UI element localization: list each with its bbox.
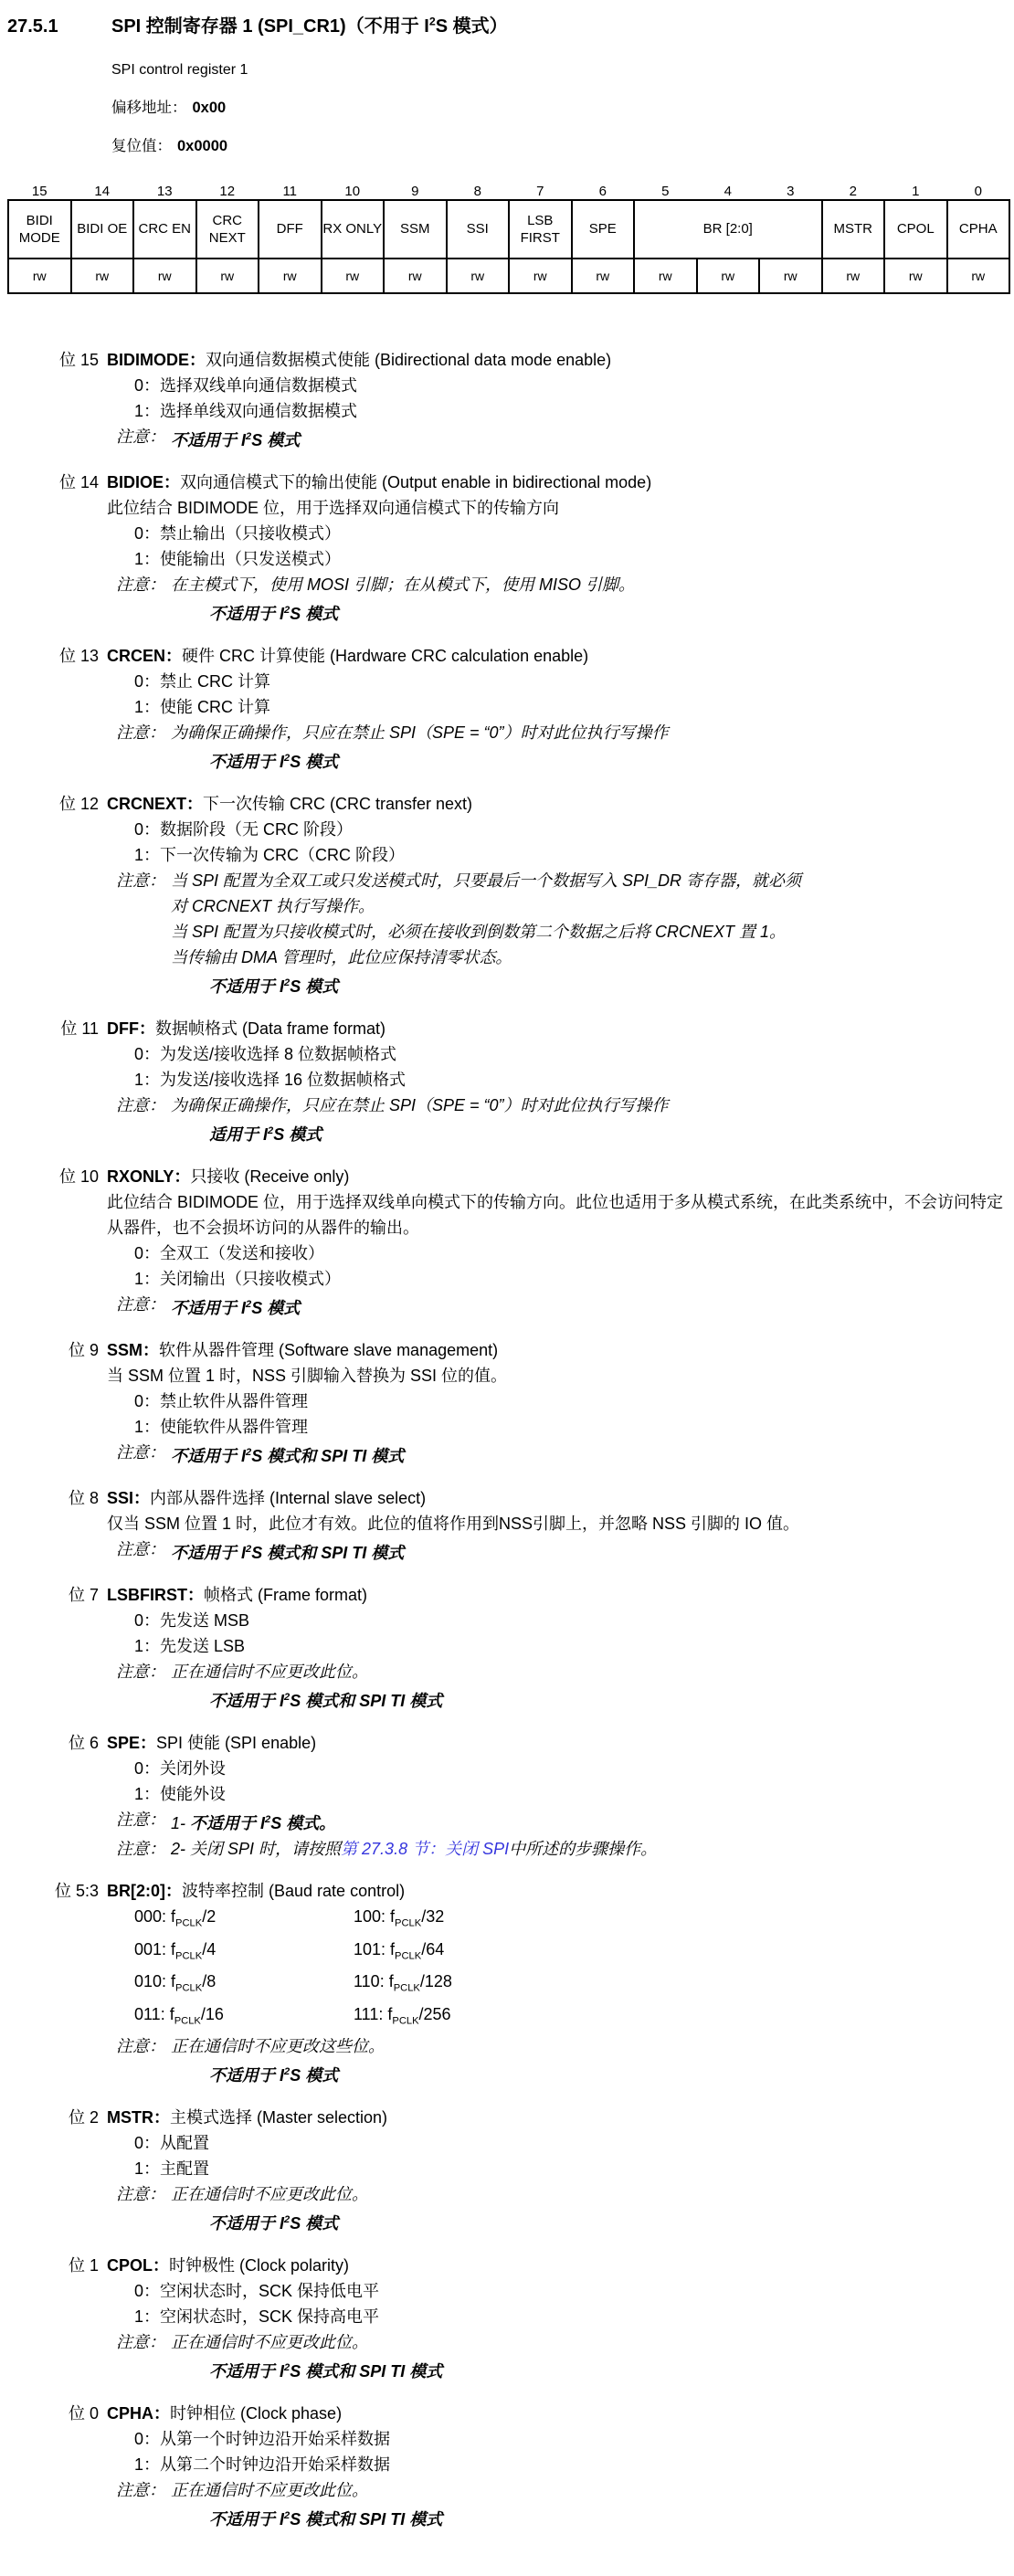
bit-field-desc: 主模式选择 (Master selection) bbox=[170, 2108, 387, 2127]
note-text: 正在通信时不应更改此位。 bbox=[171, 2329, 1010, 2355]
register-field-cell: SSI bbox=[447, 200, 510, 259]
bit-detail-line: 此位结合 BIDIMODE 位，用于选择双线单向模式下的传输方向。此位也适用于多… bbox=[107, 1189, 1010, 1240]
reset-value-line: 复位值：0x0000 bbox=[111, 133, 1010, 155]
bit-field-name: SPE： bbox=[107, 1734, 156, 1752]
access-type-cell: rw bbox=[259, 259, 322, 293]
bit-field-desc: 硬件 CRC 计算使能 (Hardware CRC calculation en… bbox=[182, 647, 588, 665]
bit-title-line: CPHA：时钟相位 (Clock phase) bbox=[107, 2401, 1010, 2426]
note-text-segment: 当 SPI 配置为全双工或只发送模式时，只要最后一个数据写入 SPI_DR 寄存… bbox=[171, 871, 801, 890]
offset-address-line: 偏移地址：0x00 bbox=[111, 95, 1010, 117]
bit-title-line: BIDIMODE：双向通信数据模式使能 (Bidirectional data … bbox=[107, 347, 1010, 373]
note-line: 注意：正在通信时不应更改此位。 bbox=[107, 2181, 1010, 2207]
note-text-segment: 为确保正确操作，只应在禁止 SPI（SPE = “0”）时对此位执行写操作 bbox=[171, 723, 669, 742]
note-text-segment: 当传输由 DMA 管理时，此位应保持清零状态。 bbox=[171, 948, 512, 966]
bit-number-cell: 9 bbox=[384, 175, 447, 200]
bit-field-desc: 软件从器件管理 (Software slave management) bbox=[159, 1341, 498, 1359]
note-line: 注意：不适用于 I2S 模式 bbox=[107, 1292, 1010, 1321]
note-text-segment: 正在通信时不应更改此位。 bbox=[171, 2333, 368, 2351]
bit-description-body: MSTR：主模式选择 (Master selection)0：从配置1：主配置注… bbox=[107, 2105, 1010, 2236]
note-text-segment: 中所述的步骤操作。 bbox=[509, 1840, 657, 1858]
bit-description-block: 位 10RXONLY：只接收 (Receive only)此位结合 BIDIMO… bbox=[7, 1164, 1010, 1321]
note-line: 注意：1- 不适用于 I2S 模式。 bbox=[107, 1807, 1010, 1836]
bit-position-label: 位 15 bbox=[7, 347, 107, 453]
option-line: 1：主配置 bbox=[107, 2156, 1010, 2181]
access-type-cell: rw bbox=[322, 259, 385, 293]
bit-detail-line: 当 SSM 位置 1 时，NSS 引脚输入替换为 SSI 位的值。 bbox=[107, 1363, 1010, 1388]
note-label: 注意： bbox=[116, 1536, 171, 1566]
bit-detail-line: 仅当 SSM 位置 1 时，此位才有效。此位的值将作用到NSS引脚上，并忽略 N… bbox=[107, 1511, 1010, 1536]
bit-field-name: CPOL： bbox=[107, 2256, 169, 2275]
br-option: 000: fPCLK/2 bbox=[134, 1904, 354, 1937]
offset-address-value: 0x00 bbox=[193, 100, 227, 116]
bit-descriptions: 位 15BIDIMODE：双向通信数据模式使能 (Bidirectional d… bbox=[7, 347, 1010, 2532]
option-line: 1：从第二个时钟边沿开始采样数据 bbox=[107, 2452, 1010, 2477]
note-label: 注意： bbox=[116, 720, 171, 745]
register-field-cell: CRC NEXT bbox=[196, 200, 259, 259]
note-text: 不适用于 I2S 模式 bbox=[171, 424, 1010, 453]
bit-description-block: 位 14BIDIOE：双向通信模式下的输出使能 (Output enable i… bbox=[7, 470, 1010, 627]
note-text-segment: 2- 关闭 SPI 时，请按照 bbox=[171, 1840, 341, 1858]
bit-number-cell: 4 bbox=[697, 175, 760, 200]
register-field-cell: BIDI MODE bbox=[8, 200, 71, 259]
br-option: 100: fPCLK/32 bbox=[354, 1904, 452, 1937]
note-line: 注意：正在通信时不应更改此位。 bbox=[107, 2329, 1010, 2355]
option-line: 0：关闭外设 bbox=[107, 1756, 1010, 1781]
bit-description-body: BR[2:0]：波特率控制 (Baud rate control)000: fP… bbox=[107, 1878, 1010, 2088]
access-type-cell: rw bbox=[759, 259, 822, 293]
bit-number-cell: 10 bbox=[322, 175, 385, 200]
register-field-cell: DFF bbox=[259, 200, 322, 259]
note-text-segment: 当 SPI 配置为只接收模式时，必须在接收到倒数第二个数据之后将 CRCNEXT… bbox=[171, 923, 786, 941]
bit-field-name: BR[2:0]： bbox=[107, 1882, 182, 1900]
option-line: 0：数据阶段（无 CRC 阶段） bbox=[107, 817, 1010, 842]
note-emphasis-line: 不适用于 I2S 模式 bbox=[107, 745, 1010, 775]
bit-description-block: 位 1CPOL：时钟极性 (Clock polarity)0：空闲状态时，SCK… bbox=[7, 2253, 1010, 2384]
register-field-cell: MSTR bbox=[822, 200, 885, 259]
br-option: 011: fPCLK/16 bbox=[134, 2001, 354, 2034]
bit-field-desc: 内部从器件选择 (Internal slave select) bbox=[150, 1489, 426, 1507]
note-text: 正在通信时不应更改这些位。 bbox=[171, 2033, 1010, 2059]
option-line: 0：从配置 bbox=[107, 2130, 1010, 2156]
option-line: 1：先发送 LSB bbox=[107, 1633, 1010, 1659]
access-type-cell: rw bbox=[196, 259, 259, 293]
bit-number-cell: 5 bbox=[634, 175, 697, 200]
bit-number-cell: 8 bbox=[447, 175, 510, 200]
note-label: 注意： bbox=[116, 572, 171, 597]
field-name-row: BIDI MODEBIDI OECRC ENCRC NEXTDFFRX ONLY… bbox=[8, 200, 1009, 259]
note-text-segment: 在主模式下，使用 MOSI 引脚；在从模式下，使用 MISO 引脚。 bbox=[171, 575, 635, 594]
bit-description-body: DFF：数据帧格式 (Data frame format)0：为发送/接收选择 … bbox=[107, 1016, 1010, 1147]
access-type-cell: rw bbox=[884, 259, 947, 293]
bit-description-block: 位 8SSI：内部从器件选择 (Internal slave select)仅当… bbox=[7, 1485, 1010, 1566]
note-text: 1- 不适用于 I2S 模式。 bbox=[171, 1807, 1010, 1836]
bit-position-label: 位 13 bbox=[7, 643, 107, 775]
bit-field-name: MSTR： bbox=[107, 2108, 170, 2127]
bit-description-block: 位 13CRCEN：硬件 CRC 计算使能 (Hardware CRC calc… bbox=[7, 643, 1010, 775]
access-type-cell: rw bbox=[822, 259, 885, 293]
note-label: 注意： bbox=[116, 2329, 171, 2355]
option-line: 0：选择双线单向通信数据模式 bbox=[107, 373, 1010, 398]
note-text-segment: 不适用于 I2S 模式。 bbox=[190, 1814, 335, 1832]
bit-position-label: 位 11 bbox=[7, 1016, 107, 1147]
note-line: 注意：正在通信时不应更改此位。 bbox=[107, 2477, 1010, 2503]
register-field-cell: CPHA bbox=[947, 200, 1010, 259]
section-link[interactable]: 第 27.3.8 节：关闭 SPI bbox=[341, 1840, 509, 1858]
register-bit-table: 1514131211109876543210BIDI MODEBIDI OECR… bbox=[7, 175, 1010, 294]
note-label: 注意： bbox=[116, 1807, 171, 1836]
bit-description-block: 位 5:3BR[2:0]：波特率控制 (Baud rate control)00… bbox=[7, 1878, 1010, 2088]
bit-number-cell: 13 bbox=[133, 175, 196, 200]
bit-field-desc: 只接收 (Receive only) bbox=[190, 1167, 349, 1186]
note-line: 注意：不适用于 I2S 模式和 SPI TI 模式 bbox=[107, 1440, 1010, 1469]
bit-title-line: SSM：软件从器件管理 (Software slave management) bbox=[107, 1337, 1010, 1363]
bit-description-block: 位 15BIDIMODE：双向通信数据模式使能 (Bidirectional d… bbox=[7, 347, 1010, 453]
access-type-cell: rw bbox=[634, 259, 697, 293]
note-text: 不适用于 I2S 模式和 SPI TI 模式 bbox=[171, 1536, 1010, 1566]
note-label: 注意： bbox=[116, 1836, 171, 1862]
bit-field-desc: 下一次传输 CRC (CRC transfer next) bbox=[203, 795, 472, 813]
bit-description-block: 位 12CRCNEXT：下一次传输 CRC (CRC transfer next… bbox=[7, 791, 1010, 999]
bit-number-cell: 0 bbox=[947, 175, 1010, 200]
bit-field-name: SSI： bbox=[107, 1489, 150, 1507]
note-text: 不适用于 I2S 模式和 SPI TI 模式 bbox=[171, 1440, 1010, 1469]
note-text-segment: 正在通信时不应更改这些位。 bbox=[171, 2037, 385, 2055]
note-continuation-line: 对 CRCNEXT 执行写操作。 bbox=[107, 893, 1010, 919]
bit-description-body: CPHA：时钟相位 (Clock phase)0：从第一个时钟边沿开始采样数据1… bbox=[107, 2401, 1010, 2532]
note-text-segment: 对 CRCNEXT 执行写操作。 bbox=[171, 897, 375, 915]
br-option: 001: fPCLK/4 bbox=[134, 1937, 354, 1969]
access-type-cell: rw bbox=[384, 259, 447, 293]
br-option: 111: fPCLK/256 bbox=[354, 2001, 452, 2034]
bit-title-line: CRCEN：硬件 CRC 计算使能 (Hardware CRC calculat… bbox=[107, 643, 1010, 669]
note-text: 为确保正确操作，只应在禁止 SPI（SPE = “0”）时对此位执行写操作 bbox=[171, 1093, 1010, 1118]
bit-title-line: SSI：内部从器件选择 (Internal slave select) bbox=[107, 1485, 1010, 1511]
note-line: 注意：为确保正确操作，只应在禁止 SPI（SPE = “0”）时对此位执行写操作 bbox=[107, 1093, 1010, 1118]
section-number: 27.5.1 bbox=[7, 16, 111, 37]
note-text-segment: 不适用于 I2S 模式 bbox=[171, 431, 300, 449]
option-line: 0：禁止输出（只接收模式） bbox=[107, 521, 1010, 546]
register-field-cell: BR [2:0] bbox=[634, 200, 822, 259]
access-type-cell: rw bbox=[71, 259, 134, 293]
note-continuation-line: 当 SPI 配置为只接收模式时，必须在接收到倒数第二个数据之后将 CRCNEXT… bbox=[107, 919, 1010, 945]
bit-number-cell: 12 bbox=[196, 175, 259, 200]
access-type-cell: rw bbox=[133, 259, 196, 293]
bit-position-label: 位 1 bbox=[7, 2253, 107, 2384]
option-line: 1：下一次传输为 CRC（CRC 阶段） bbox=[107, 842, 1010, 868]
bit-field-name: LSBFIRST： bbox=[107, 1586, 204, 1604]
bit-description-body: RXONLY：只接收 (Receive only)此位结合 BIDIMODE 位… bbox=[107, 1164, 1010, 1321]
bit-field-name: BIDIOE： bbox=[107, 473, 180, 491]
note-line: 注意：正在通信时不应更改此位。 bbox=[107, 1659, 1010, 1684]
register-field-cell: CPOL bbox=[884, 200, 947, 259]
bit-field-name: SSM： bbox=[107, 1341, 159, 1359]
register-field-cell: CRC EN bbox=[133, 200, 196, 259]
bit-field-desc: 波特率控制 (Baud rate control) bbox=[182, 1882, 405, 1900]
bit-position-label: 位 5:3 bbox=[7, 1878, 107, 2088]
access-type-row: rwrwrwrwrwrwrwrwrwrwrwrwrwrwrwrw bbox=[8, 259, 1009, 293]
option-line: 1：使能外设 bbox=[107, 1781, 1010, 1807]
bit-description-body: SSI：内部从器件选择 (Internal slave select)仅当 SS… bbox=[107, 1485, 1010, 1566]
note-line: 注意：不适用于 I2S 模式和 SPI TI 模式 bbox=[107, 1536, 1010, 1566]
option-line: 1：使能 CRC 计算 bbox=[107, 694, 1010, 720]
note-label: 注意： bbox=[116, 1292, 171, 1321]
note-label: 注意： bbox=[116, 2477, 171, 2503]
bit-detail-line: 此位结合 BIDIMODE 位，用于选择双向通信模式下的传输方向 bbox=[107, 495, 1010, 521]
register-field-cell: BIDI OE bbox=[71, 200, 134, 259]
bit-title-line: BR[2:0]：波特率控制 (Baud rate control) bbox=[107, 1878, 1010, 1904]
note-text-segment: 正在通信时不应更改此位。 bbox=[171, 2185, 368, 2203]
note-emphasis-line: 适用于 I2S 模式 bbox=[107, 1118, 1010, 1147]
note-label: 注意： bbox=[116, 868, 171, 893]
note-text: 正在通信时不应更改此位。 bbox=[171, 1659, 1010, 1684]
reset-value-label: 复位值： bbox=[111, 138, 172, 154]
note-label: 注意： bbox=[116, 2181, 171, 2207]
note-text-segment: 1- bbox=[171, 1814, 190, 1832]
bit-number-cell: 11 bbox=[259, 175, 322, 200]
note-line: 注意：当 SPI 配置为全双工或只发送模式时，只要最后一个数据写入 SPI_DR… bbox=[107, 868, 1010, 893]
note-emphasis-line: 不适用于 I2S 模式和 SPI TI 模式 bbox=[107, 2355, 1010, 2384]
bit-title-line: BIDIOE：双向通信模式下的输出使能 (Output enable in bi… bbox=[107, 470, 1010, 495]
bit-title-line: MSTR：主模式选择 (Master selection) bbox=[107, 2105, 1010, 2130]
bit-description-body: BIDIMODE：双向通信数据模式使能 (Bidirectional data … bbox=[107, 347, 1010, 453]
br-option: 110: fPCLK/128 bbox=[354, 1969, 452, 2001]
br-option: 010: fPCLK/8 bbox=[134, 1969, 354, 2001]
bit-field-desc: SPI 使能 (SPI enable) bbox=[156, 1734, 316, 1752]
note-text: 正在通信时不应更改此位。 bbox=[171, 2477, 1010, 2503]
bit-description-body: BIDIOE：双向通信模式下的输出使能 (Output enable in bi… bbox=[107, 470, 1010, 627]
option-line: 1：使能输出（只发送模式） bbox=[107, 546, 1010, 572]
bit-number-cell: 7 bbox=[509, 175, 572, 200]
access-type-cell: rw bbox=[8, 259, 71, 293]
bit-field-name: CRCNEXT： bbox=[107, 795, 203, 813]
note-text-segment: 为确保正确操作，只应在禁止 SPI（SPE = “0”）时对此位执行写操作 bbox=[171, 1096, 669, 1114]
option-line: 0：禁止软件从器件管理 bbox=[107, 1388, 1010, 1414]
bit-field-name: BIDIMODE： bbox=[107, 351, 206, 369]
note-label: 注意： bbox=[116, 2033, 171, 2059]
bit-description-block: 位 2MSTR：主模式选择 (Master selection)0：从配置1：主… bbox=[7, 2105, 1010, 2236]
note-emphasis-line: 不适用于 I2S 模式 bbox=[107, 2207, 1010, 2236]
bit-position-label: 位 9 bbox=[7, 1337, 107, 1469]
bit-number-cell: 3 bbox=[759, 175, 822, 200]
note-emphasis-line: 不适用于 I2S 模式 bbox=[107, 2059, 1010, 2088]
option-line: 1：选择单线双向通信数据模式 bbox=[107, 398, 1010, 424]
option-line: 0：空闲状态时，SCK 保持低电平 bbox=[107, 2278, 1010, 2304]
bit-description-body: CRCEN：硬件 CRC 计算使能 (Hardware CRC calculat… bbox=[107, 643, 1010, 775]
access-type-cell: rw bbox=[447, 259, 510, 293]
note-text: 当 SPI 配置为全双工或只发送模式时，只要最后一个数据写入 SPI_DR 寄存… bbox=[171, 868, 1010, 893]
note-label: 注意： bbox=[116, 424, 171, 453]
note-line: 注意：为确保正确操作，只应在禁止 SPI（SPE = “0”）时对此位执行写操作 bbox=[107, 720, 1010, 745]
option-line: 1：使能软件从器件管理 bbox=[107, 1414, 1010, 1440]
bit-field-name: CRCEN： bbox=[107, 647, 182, 665]
bit-number-cell: 6 bbox=[572, 175, 635, 200]
register-field-cell: SSM bbox=[384, 200, 447, 259]
bit-description-block: 位 11DFF：数据帧格式 (Data frame format)0：为发送/接… bbox=[7, 1016, 1010, 1147]
bit-description-block: 位 0CPHA：时钟相位 (Clock phase)0：从第一个时钟边沿开始采样… bbox=[7, 2401, 1010, 2532]
bit-numbers-row: 1514131211109876543210 bbox=[8, 175, 1009, 200]
note-line: 注意：2- 关闭 SPI 时，请按照第 27.3.8 节：关闭 SPI中所述的步… bbox=[107, 1836, 1010, 1862]
bit-number-cell: 14 bbox=[71, 175, 134, 200]
bit-title-line: LSBFIRST：帧格式 (Frame format) bbox=[107, 1582, 1010, 1608]
bit-description-body: SSM：软件从器件管理 (Software slave management)当… bbox=[107, 1337, 1010, 1469]
bit-field-name: DFF： bbox=[107, 1019, 155, 1038]
access-type-cell: rw bbox=[509, 259, 572, 293]
note-emphasis-line: 不适用于 I2S 模式和 SPI TI 模式 bbox=[107, 2503, 1010, 2532]
bit-position-label: 位 6 bbox=[7, 1730, 107, 1862]
bit-description-block: 位 9SSM：软件从器件管理 (Software slave managemen… bbox=[7, 1337, 1010, 1469]
note-text: 在主模式下，使用 MOSI 引脚；在从模式下，使用 MISO 引脚。 bbox=[171, 572, 1010, 597]
note-text-segment: 正在通信时不应更改此位。 bbox=[171, 1663, 368, 1681]
bit-field-desc: 帧格式 (Frame format) bbox=[204, 1586, 367, 1604]
access-type-cell: rw bbox=[947, 259, 1010, 293]
bit-title-line: RXONLY：只接收 (Receive only) bbox=[107, 1164, 1010, 1189]
register-bit-table-body: 1514131211109876543210BIDI MODEBIDI OECR… bbox=[8, 175, 1009, 293]
note-text: 正在通信时不应更改此位。 bbox=[171, 2181, 1010, 2207]
access-type-cell: rw bbox=[572, 259, 635, 293]
access-type-cell: rw bbox=[697, 259, 760, 293]
bit-field-desc: 双向通信模式下的输出使能 (Output enable in bidirecti… bbox=[180, 473, 651, 491]
bit-position-label: 位 10 bbox=[7, 1164, 107, 1321]
note-label: 注意： bbox=[116, 1440, 171, 1469]
bit-description-body: SPE：SPI 使能 (SPI enable)0：关闭外设1：使能外设注意：1-… bbox=[107, 1730, 1010, 1862]
note-emphasis-line: 不适用于 I2S 模式 bbox=[107, 597, 1010, 627]
note-emphasis-line: 不适用于 I2S 模式和 SPI TI 模式 bbox=[107, 1684, 1010, 1714]
option-line: 1：为发送/接收选择 16 位数据帧格式 bbox=[107, 1067, 1010, 1093]
bit-title-line: CRCNEXT：下一次传输 CRC (CRC transfer next) bbox=[107, 791, 1010, 817]
note-continuation-line: 当传输由 DMA 管理时，此位应保持清零状态。 bbox=[107, 945, 1010, 970]
note-label: 注意： bbox=[116, 1659, 171, 1684]
bit-position-label: 位 8 bbox=[7, 1485, 107, 1566]
bit-field-desc: 时钟相位 (Clock phase) bbox=[170, 2404, 342, 2423]
bit-title-line: CPOL：时钟极性 (Clock polarity) bbox=[107, 2253, 1010, 2278]
register-subtitle: SPI control register 1 bbox=[111, 62, 1010, 79]
option-line: 0：先发送 MSB bbox=[107, 1608, 1010, 1633]
bit-field-name: CPHA： bbox=[107, 2404, 170, 2423]
note-text-segment: 不适用于 I2S 模式和 SPI TI 模式 bbox=[171, 1447, 404, 1465]
br-option: 101: fPCLK/64 bbox=[354, 1937, 452, 1969]
note-text: 不适用于 I2S 模式 bbox=[171, 1292, 1010, 1321]
page-title: SPI 控制寄存器 1 (SPI_CR1)（不用于 I2S 模式） bbox=[111, 11, 1010, 37]
bit-position-label: 位 14 bbox=[7, 470, 107, 627]
option-line: 1：空闲状态时，SCK 保持高电平 bbox=[107, 2304, 1010, 2329]
note-text-segment: 正在通信时不应更改此位。 bbox=[171, 2481, 368, 2499]
bit-number-cell: 2 bbox=[822, 175, 885, 200]
note-emphasis-line: 不适用于 I2S 模式 bbox=[107, 970, 1010, 999]
bit-position-label: 位 7 bbox=[7, 1582, 107, 1714]
bit-description-body: CPOL：时钟极性 (Clock polarity)0：空闲状态时，SCK 保持… bbox=[107, 2253, 1010, 2384]
bit-description-block: 位 7LSBFIRST：帧格式 (Frame format)0：先发送 MSB1… bbox=[7, 1582, 1010, 1714]
bit-number-cell: 1 bbox=[884, 175, 947, 200]
note-text: 为确保正确操作，只应在禁止 SPI（SPE = “0”）时对此位执行写操作 bbox=[171, 720, 1010, 745]
section-header: 27.5.1 SPI 控制寄存器 1 (SPI_CR1)（不用于 I2S 模式） bbox=[7, 11, 1010, 37]
bit-title-line: DFF：数据帧格式 (Data frame format) bbox=[107, 1016, 1010, 1041]
offset-address-label: 偏移地址： bbox=[111, 100, 187, 116]
option-line: 0：为发送/接收选择 8 位数据帧格式 bbox=[107, 1041, 1010, 1067]
bit-title-line: SPE：SPI 使能 (SPI enable) bbox=[107, 1730, 1010, 1756]
note-line: 注意：正在通信时不应更改这些位。 bbox=[107, 2033, 1010, 2059]
bit-position-label: 位 2 bbox=[7, 2105, 107, 2236]
bit-field-desc: 双向通信数据模式使能 (Bidirectional data mode enab… bbox=[206, 351, 611, 369]
bit-position-label: 位 12 bbox=[7, 791, 107, 999]
reset-value-value: 0x0000 bbox=[177, 138, 227, 154]
option-line: 0：全双工（发送和接收） bbox=[107, 1240, 1010, 1266]
bit-field-desc: 数据帧格式 (Data frame format) bbox=[155, 1019, 386, 1038]
option-line: 1：关闭输出（只接收模式） bbox=[107, 1266, 1010, 1292]
bit-field-name: RXONLY： bbox=[107, 1167, 190, 1186]
option-line: 0：禁止 CRC 计算 bbox=[107, 669, 1010, 694]
register-field-cell: RX ONLY bbox=[322, 200, 385, 259]
bit-position-label: 位 0 bbox=[7, 2401, 107, 2532]
bit-description-block: 位 6SPE：SPI 使能 (SPI enable)0：关闭外设1：使能外设注意… bbox=[7, 1730, 1010, 1862]
bit-field-desc: 时钟极性 (Clock polarity) bbox=[169, 2256, 349, 2275]
bit-description-body: CRCNEXT：下一次传输 CRC (CRC transfer next)0：数… bbox=[107, 791, 1010, 999]
bit-number-cell: 15 bbox=[8, 175, 71, 200]
baud-rate-options: 000: fPCLK/2100: fPCLK/32001: fPCLK/4101… bbox=[134, 1904, 452, 2033]
option-line: 0：从第一个时钟边沿开始采样数据 bbox=[107, 2426, 1010, 2452]
register-field-cell: LSB FIRST bbox=[509, 200, 572, 259]
note-text: 2- 关闭 SPI 时，请按照第 27.3.8 节：关闭 SPI中所述的步骤操作… bbox=[171, 1836, 1010, 1862]
document-page: 27.5.1 SPI 控制寄存器 1 (SPI_CR1)（不用于 I2S 模式）… bbox=[0, 0, 1014, 2576]
note-text-segment: 不适用于 I2S 模式 bbox=[171, 1299, 300, 1317]
note-label: 注意： bbox=[116, 1093, 171, 1118]
note-line: 注意：不适用于 I2S 模式 bbox=[107, 424, 1010, 453]
note-text-segment: 不适用于 I2S 模式和 SPI TI 模式 bbox=[171, 1544, 404, 1562]
bit-description-body: LSBFIRST：帧格式 (Frame format)0：先发送 MSB1：先发… bbox=[107, 1582, 1010, 1714]
register-field-cell: SPE bbox=[572, 200, 635, 259]
note-line: 注意：在主模式下，使用 MOSI 引脚；在从模式下，使用 MISO 引脚。 bbox=[107, 572, 1010, 597]
